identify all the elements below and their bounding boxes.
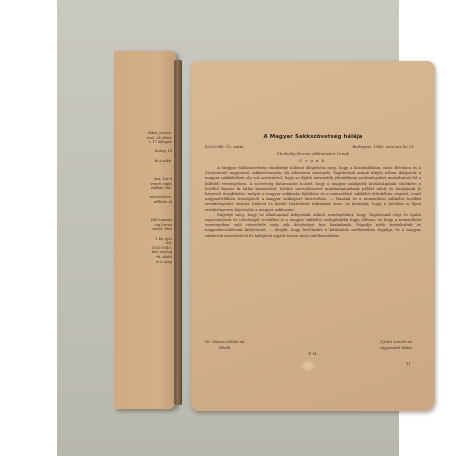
signature-right: Ujvári László sk. ügyvezető titkár bbox=[380, 339, 413, 351]
left-page-text: ifikai, javasé- eval, 24 oldal. l, 17 lo… bbox=[114, 131, 172, 264]
left-page: ifikai, javasé- eval, 24 oldal. l, 17 lo… bbox=[114, 51, 176, 409]
initials: F. H. bbox=[191, 351, 435, 356]
photo-background: ifikai, javasé- eval, 24 oldal. l, 17 lo… bbox=[57, 0, 399, 456]
body-paragraph: A Magyar Sakkszövetség elnöksége hálával… bbox=[205, 165, 421, 212]
body-paragraph: Engedje meg, hogy ez alkalommal kifejezz… bbox=[205, 212, 421, 238]
page-number: 11 bbox=[406, 361, 411, 366]
salutation: Urunk bbox=[191, 158, 435, 163]
document-title: A Magyar Sakkszövetség hálája bbox=[191, 134, 435, 140]
paper-stain bbox=[301, 361, 315, 371]
signature-left: Dr. Vámos Zoltán sk. Elnök bbox=[205, 339, 246, 351]
right-page: A Magyar Sakkszövetség hálája 825/1946. … bbox=[191, 61, 435, 411]
dateline: Budapest, 1946. március hó 21. bbox=[352, 144, 415, 149]
letter-body: A Magyar Sakkszövetség elnöksége hálával… bbox=[205, 165, 421, 238]
reference-number: 825/1946. Üi. szám. bbox=[205, 144, 244, 149]
left-page-spine bbox=[174, 60, 182, 405]
addressee: Cholnoky Ferenc sákkmesteri Úrnak bbox=[191, 151, 435, 156]
